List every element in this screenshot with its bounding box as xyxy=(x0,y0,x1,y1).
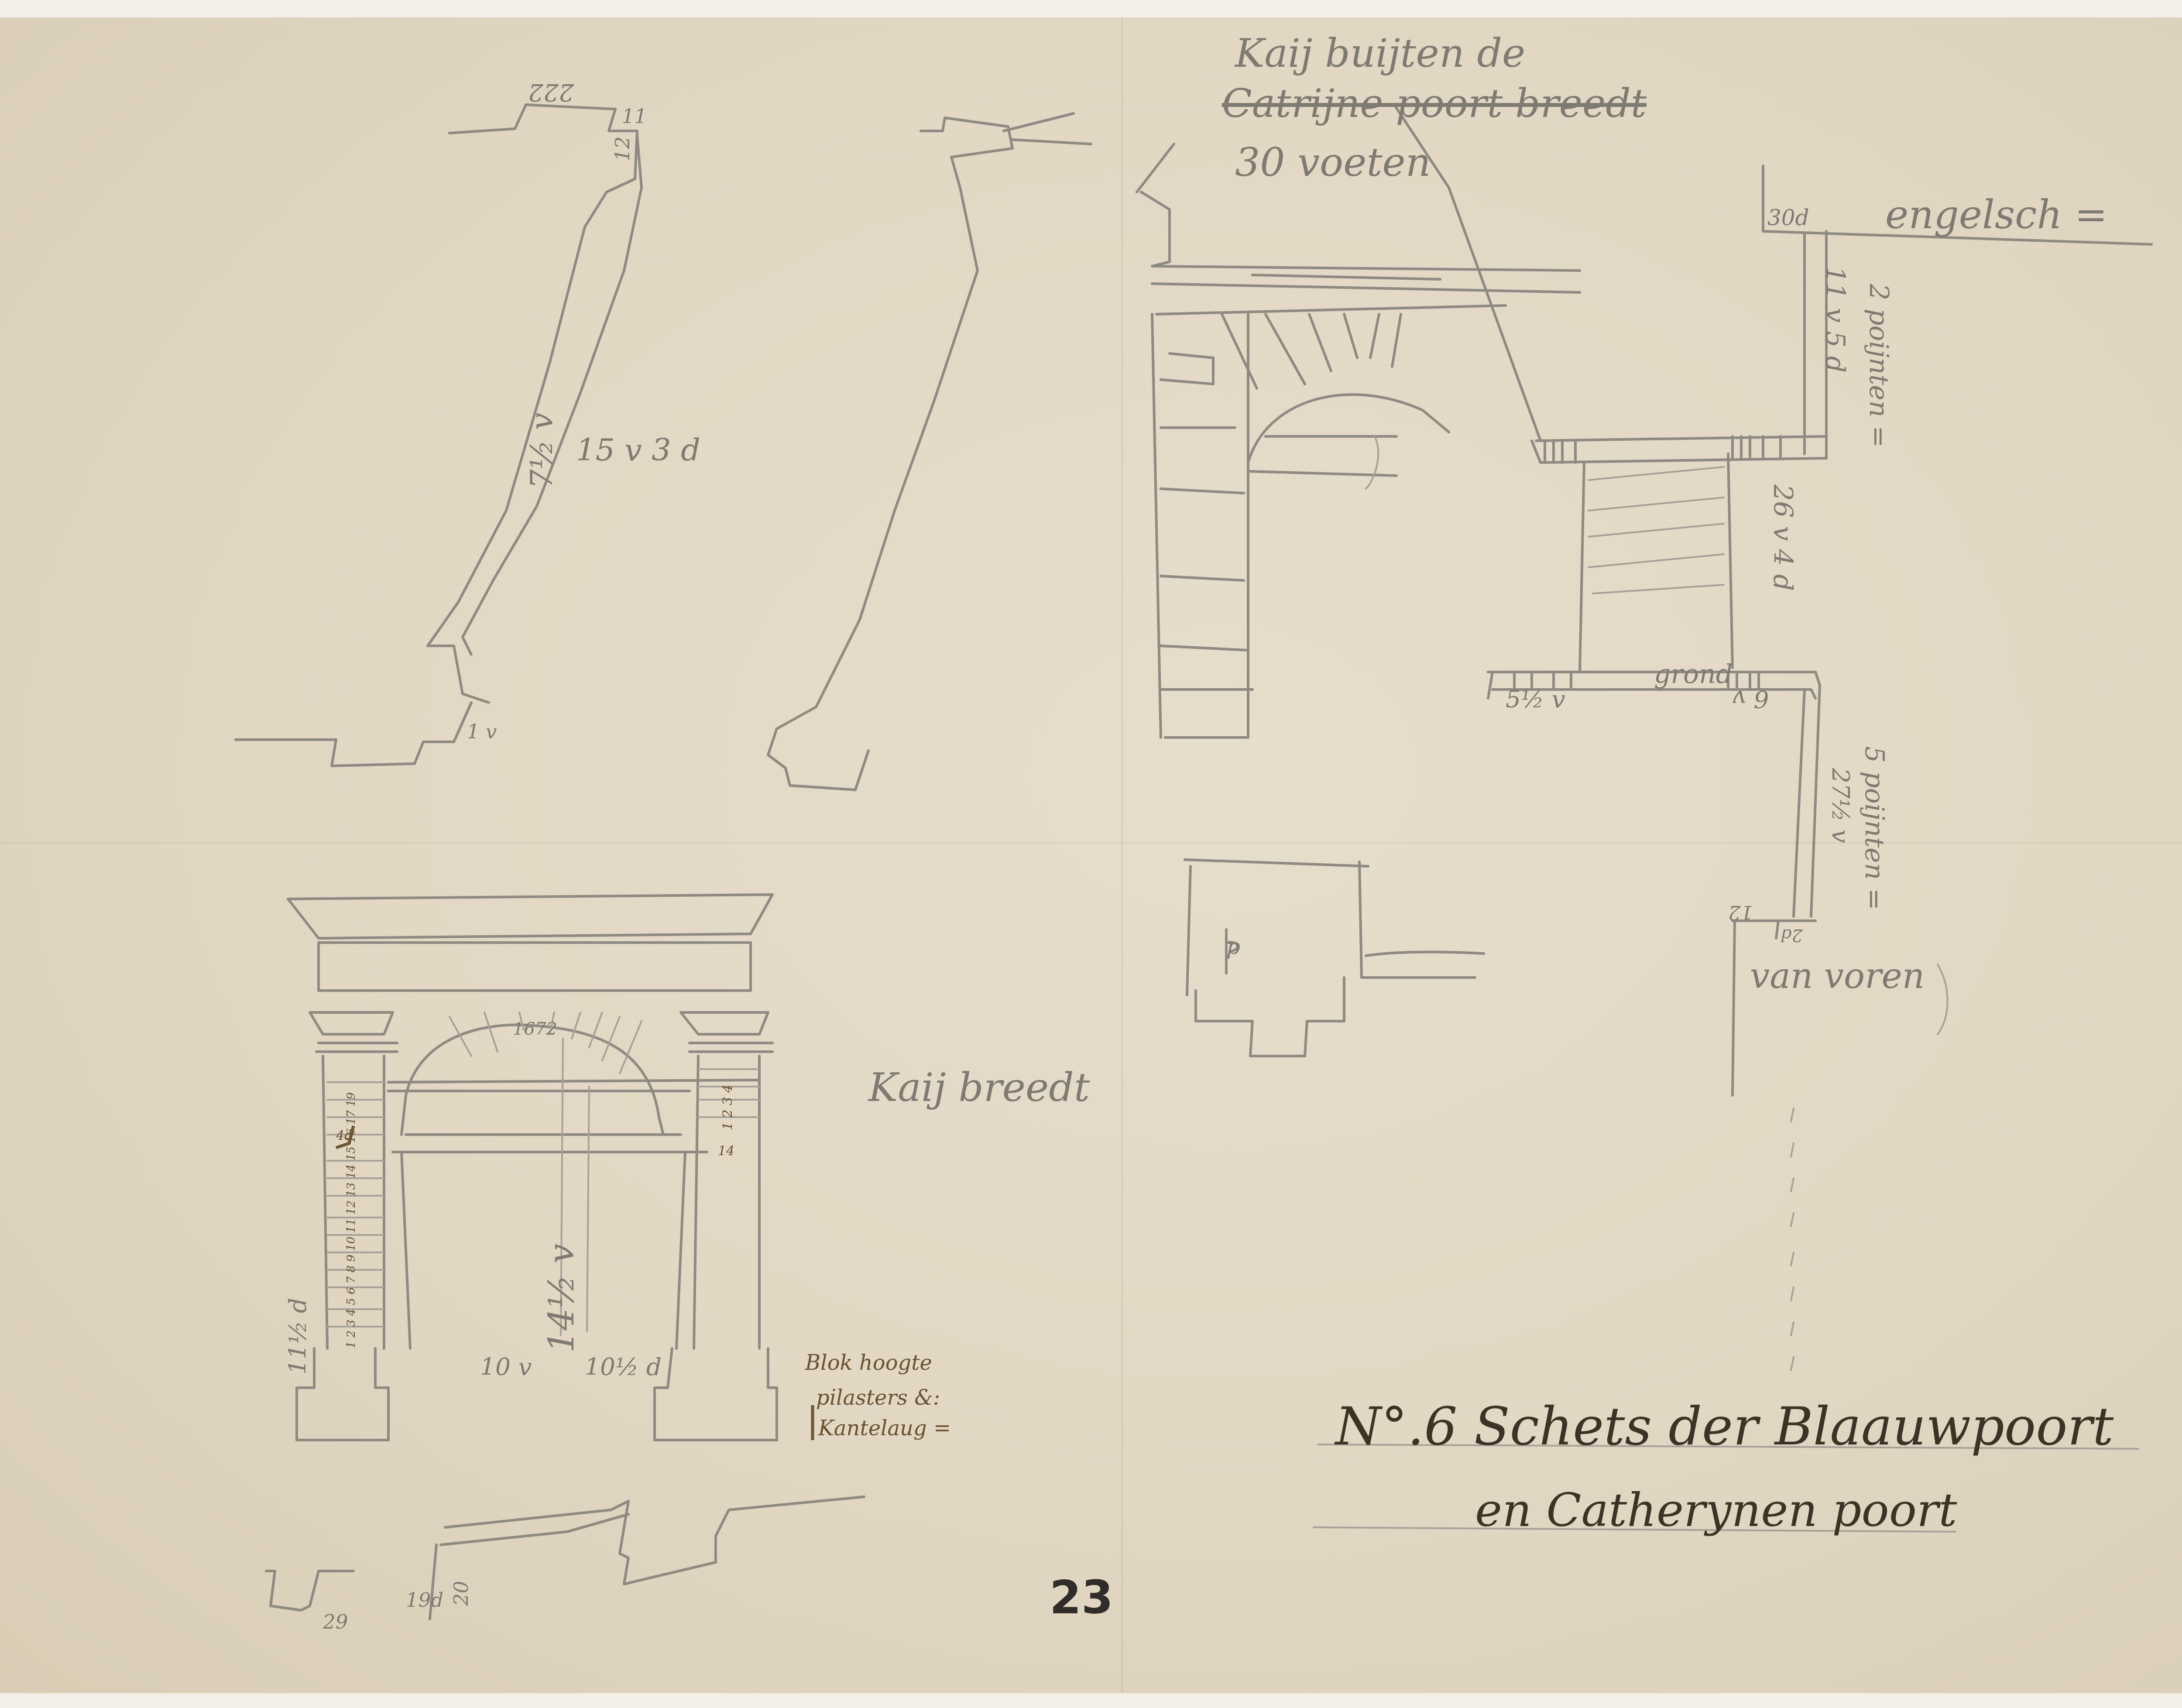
dim-11: 11 xyxy=(622,105,647,128)
note-engelsch: engelsch = xyxy=(1885,192,2107,238)
label-grond: grond xyxy=(1654,659,1733,689)
document-title-line2: en Catherynen poort xyxy=(1475,1484,1957,1537)
ink-note-line2: pilasters &: xyxy=(816,1386,940,1410)
dim-11half-d: 11½ d xyxy=(284,1298,312,1375)
plan-label-p: p xyxy=(1226,934,1240,959)
ink-note-line1: Blok hoogte xyxy=(805,1351,932,1375)
document-title-line1: N°.6 Schets der Blaauwpoort xyxy=(1335,1396,2113,1457)
note-30-voeten: 30 voeten xyxy=(1235,140,1431,185)
note-van-voren: van voren xyxy=(1750,956,1925,996)
dim-11v-5d: 11 v 5 d xyxy=(1820,266,1850,373)
dim-6v: 6 v xyxy=(1733,685,1769,713)
note-kaij-breedt: Kaij breedt xyxy=(868,1065,1090,1111)
dim-7half-v: 7½ v xyxy=(524,413,559,489)
dim-2d: 2d xyxy=(1781,925,1803,945)
dim-222: 222 xyxy=(528,79,574,106)
page-number: 23 xyxy=(1050,1571,1113,1624)
wall-profile-right xyxy=(768,113,1091,790)
dim-10half-d: 10½ d xyxy=(585,1353,662,1381)
note-kaij-buiten: Kaij buijten de xyxy=(1235,31,1525,76)
dim-27half-v: 27½ v xyxy=(1827,768,1855,843)
dim-12: 12 xyxy=(1728,901,1753,924)
dim-5-poijnten: 5 poijnten = xyxy=(1859,746,1890,910)
dim-10v: 10 v xyxy=(480,1353,532,1381)
ink-note-line3: Kantelaug = xyxy=(818,1416,951,1440)
dim-30d: 30d xyxy=(1767,205,1809,230)
tick-marks xyxy=(1791,1108,1794,1370)
arch-year: 1672 xyxy=(513,1019,557,1039)
left-pier-course-numbers: 1 2 3 4 5 6 7 8 9 10 11 12 13 14 15 16 1… xyxy=(345,1092,358,1348)
dim-15v-3d: 15 v 3 d xyxy=(576,432,700,468)
dim-19d: 19d xyxy=(406,1588,443,1612)
dim-14: 14 xyxy=(718,1143,734,1159)
note-catrijne-poort: Catrijne poort breedt xyxy=(1222,81,1647,127)
gate-elevation-sketch xyxy=(1137,105,1580,737)
dim-14half-v: 14½ v xyxy=(541,1244,582,1353)
dim-5half-v: 5½ v xyxy=(1506,685,1565,713)
right-pier-course-numbers: 1 2 3 4 xyxy=(720,1084,735,1130)
dim-29: 29 xyxy=(323,1610,348,1633)
dim-1v: 1 v xyxy=(467,720,497,743)
dim-2-poijnten: 2 poijnten = xyxy=(1863,284,1894,448)
dim-26v-4d: 26 v 4 d xyxy=(1767,484,1798,591)
dim-12-top: 12 xyxy=(611,137,634,161)
dim-20: 20 xyxy=(449,1581,473,1606)
